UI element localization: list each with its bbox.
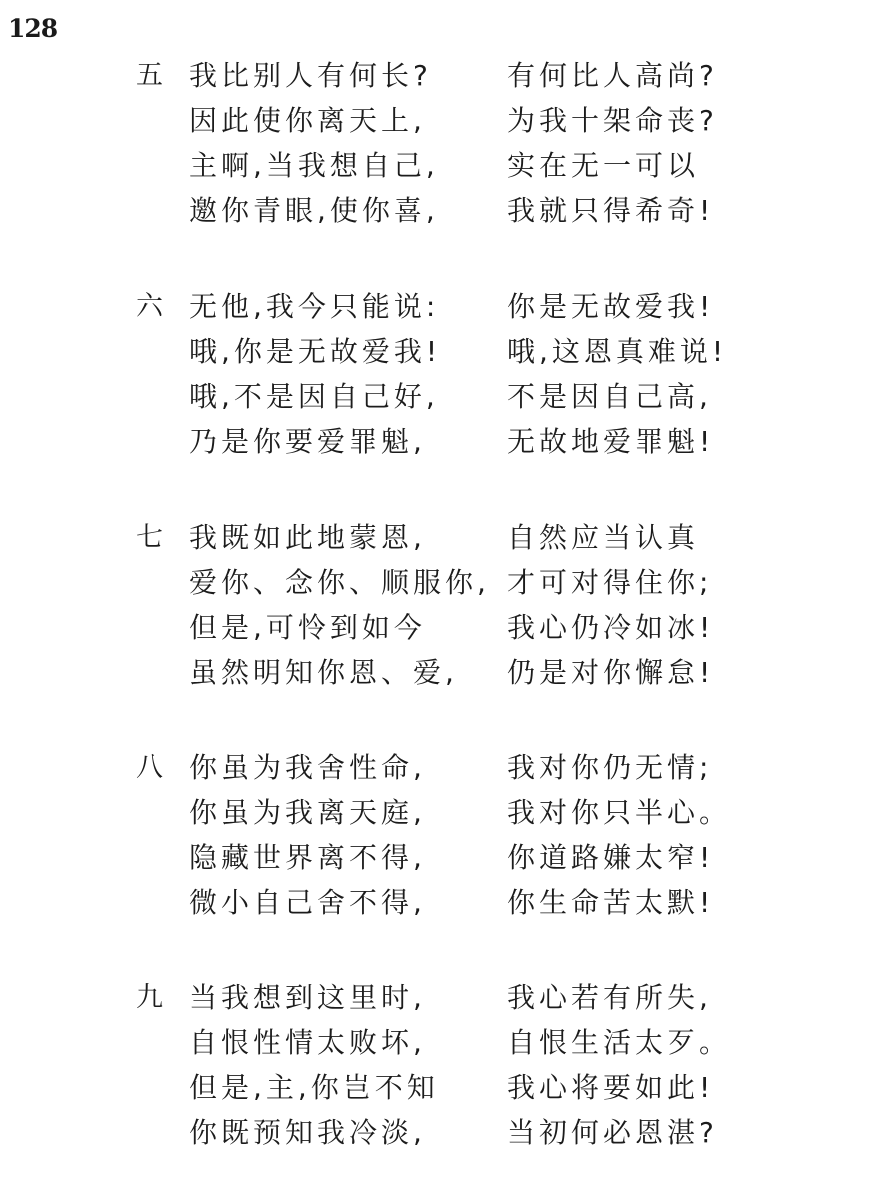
verse-line: 你虽为我离天庭,	[189, 790, 426, 835]
stanza-6: 六 无他,我今只能说: 哦,你是无故爱我! 哦,不是因自己好, 乃是你要爱罪魁,…	[0, 284, 885, 468]
verse-line: 我对你只半心。	[507, 790, 731, 835]
stanza-number: 七	[136, 515, 163, 560]
verse-line: 邀你青眼,使你喜,	[189, 188, 439, 233]
page-number: 128	[8, 14, 57, 44]
verse-line: 我心若有所失,	[507, 975, 731, 1020]
stanza-8: 八 你虽为我舍性命, 你虽为我离天庭, 隐藏世界离不得, 微小自己舍不得, 我对…	[0, 745, 885, 929]
stanza-number: 九	[136, 975, 163, 1020]
verse-line: 我对你仍无情;	[507, 745, 731, 790]
verse-line: 自然应当认真	[507, 515, 714, 560]
verse-line: 虽然明知你恩、爱,	[189, 650, 490, 695]
stanza-left-column: 我比别人有何长? 因此使你离天上, 主啊,当我想自己, 邀你青眼,使你喜,	[189, 53, 439, 233]
verse-line: 你道路嫌太窄!	[507, 835, 731, 880]
stanza-right-column: 我心若有所失, 自恨生活太歹。 我心将要如此! 当初何必恩湛?	[507, 975, 731, 1155]
verse-line: 当我想到这里时,	[189, 975, 439, 1020]
verse-line: 你虽为我舍性命,	[189, 745, 426, 790]
verse-line: 我比别人有何长?	[189, 53, 439, 98]
verse-line: 因此使你离天上,	[189, 98, 439, 143]
stanza-right-column: 我对你仍无情; 我对你只半心。 你道路嫌太窄! 你生命苦太默!	[507, 745, 731, 925]
verse-line: 无他,我今只能说:	[189, 284, 441, 329]
stanza-7: 七 我既如此地蒙恩, 爱你、念你、顺服你, 但是,可怜到如今 虽然明知你恩、爱,…	[0, 515, 885, 699]
stanza-number: 五	[136, 53, 163, 98]
stanza-5: 五 我比别人有何长? 因此使你离天上, 主啊,当我想自己, 邀你青眼,使你喜, …	[0, 53, 885, 237]
verse-line: 无故地爱罪魁!	[507, 419, 727, 464]
verse-line: 你是无故爱我!	[507, 284, 727, 329]
verse-line: 爱你、念你、顺服你,	[189, 560, 490, 605]
verse-line: 乃是你要爱罪魁,	[189, 419, 441, 464]
verse-line: 我心将要如此!	[507, 1065, 731, 1110]
verse-line: 你生命苦太默!	[507, 880, 731, 925]
verse-line: 我心仍冷如冰!	[507, 605, 714, 650]
verse-line: 当初何必恩湛?	[507, 1110, 731, 1155]
verse-line: 自恨性情太败坏,	[189, 1020, 439, 1065]
verse-line: 仍是对你懈怠!	[507, 650, 714, 695]
stanza-left-column: 无他,我今只能说: 哦,你是无故爱我! 哦,不是因自己好, 乃是你要爱罪魁,	[189, 284, 441, 464]
verse-line: 主啊,当我想自己,	[189, 143, 439, 188]
verse-line: 隐藏世界离不得,	[189, 835, 426, 880]
stanza-number: 六	[136, 284, 163, 329]
stanza-left-column: 你虽为我舍性命, 你虽为我离天庭, 隐藏世界离不得, 微小自己舍不得,	[189, 745, 426, 925]
verse-line: 不是因自己高,	[507, 374, 727, 419]
verse-line: 哦,你是无故爱我!	[189, 329, 441, 374]
verse-line: 哦,不是因自己好,	[189, 374, 441, 419]
verse-line: 才可对得住你;	[507, 560, 714, 605]
stanza-right-column: 你是无故爱我! 哦,这恩真难说! 不是因自己高, 无故地爱罪魁!	[507, 284, 727, 464]
verse-line: 有何比人高尚?	[507, 53, 718, 98]
verse-line: 哦,这恩真难说!	[507, 329, 727, 374]
verse-line: 我既如此地蒙恩,	[189, 515, 490, 560]
stanza-left-column: 当我想到这里时, 自恨性情太败坏, 但是,主,你岂不知 你既预知我冷淡,	[189, 975, 439, 1155]
stanza-9: 九 当我想到这里时, 自恨性情太败坏, 但是,主,你岂不知 你既预知我冷淡, 我…	[0, 975, 885, 1159]
verse-line: 你既预知我冷淡,	[189, 1110, 439, 1155]
verse-line: 我就只得希奇!	[507, 188, 718, 233]
stanza-right-column: 有何比人高尚? 为我十架命丧? 实在无一可以 我就只得希奇!	[507, 53, 718, 233]
stanza-left-column: 我既如此地蒙恩, 爱你、念你、顺服你, 但是,可怜到如今 虽然明知你恩、爱,	[189, 515, 490, 695]
verse-line: 但是,可怜到如今	[189, 605, 490, 650]
stanza-right-column: 自然应当认真 才可对得住你; 我心仍冷如冰! 仍是对你懈怠!	[507, 515, 714, 695]
verse-line: 为我十架命丧?	[507, 98, 718, 143]
verse-line: 实在无一可以	[507, 143, 718, 188]
verse-line: 自恨生活太歹。	[507, 1020, 731, 1065]
verse-line: 但是,主,你岂不知	[189, 1065, 439, 1110]
stanza-number: 八	[136, 745, 163, 790]
verse-line: 微小自己舍不得,	[189, 880, 426, 925]
